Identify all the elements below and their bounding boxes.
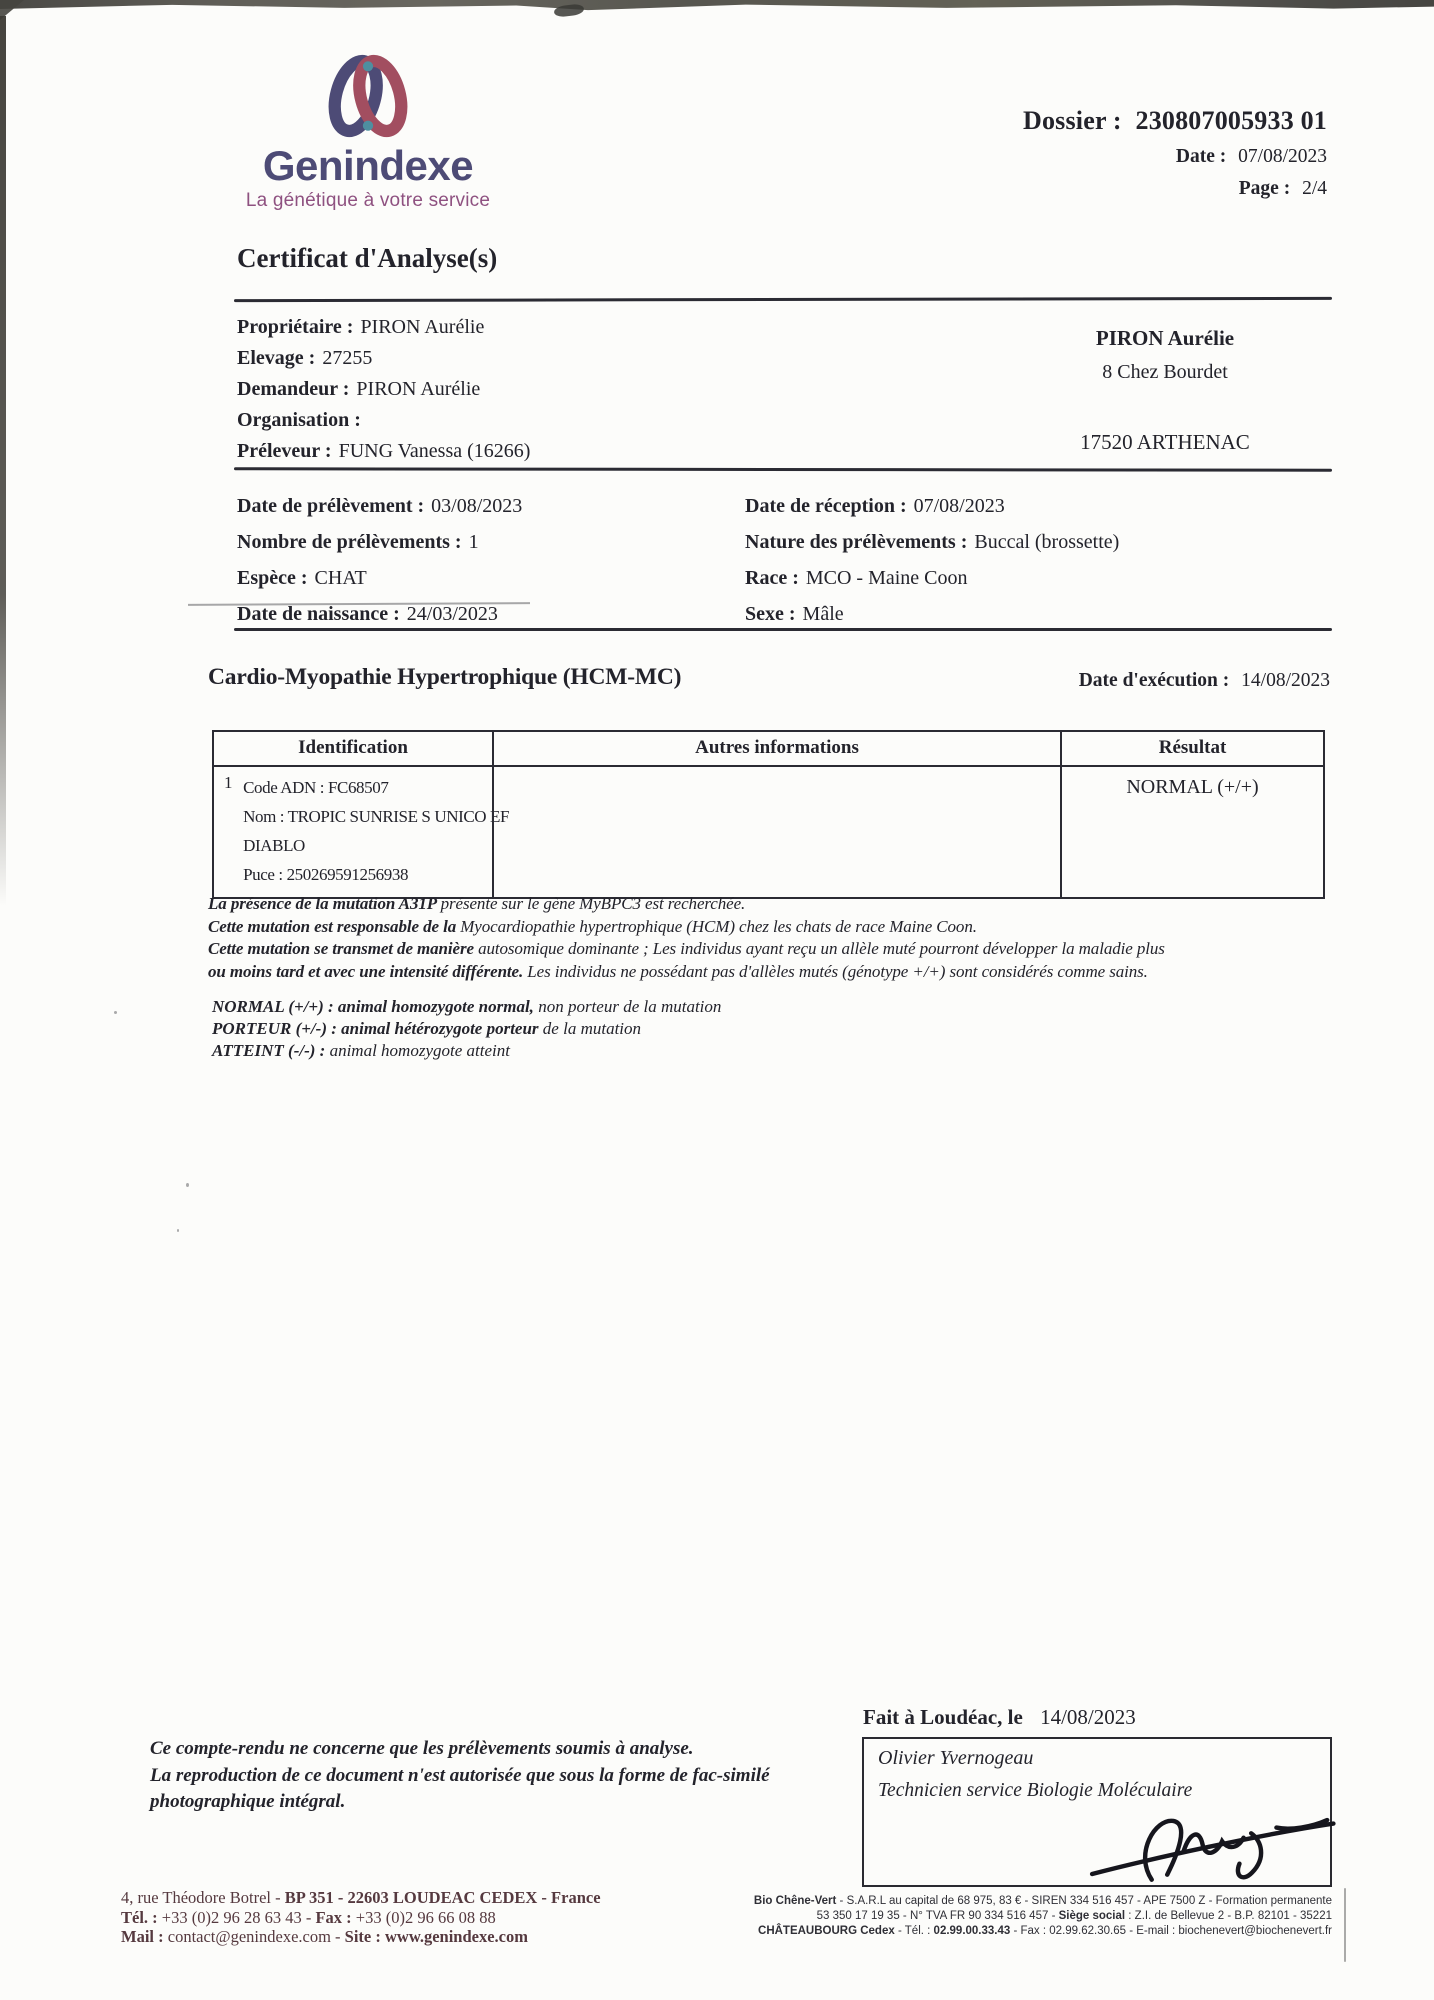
logo-tagline: La génétique à votre service [243, 190, 493, 212]
info-label: Espèce : [237, 567, 308, 589]
lab-street-line: 4, rue Théodore Botrel - BP 351 - 22603 … [121, 1888, 601, 1908]
table-row: 1 Code ADN : FC68507 Nom : TROPIC SUNRIS… [214, 767, 1323, 897]
reproduction-disclaimer: Ce compte-rendu ne concerne que les prél… [150, 1736, 770, 1816]
page-number-line: Page : 2/4 [1023, 178, 1327, 200]
results-table: Identification Autres informations Résul… [212, 730, 1325, 899]
info-label: Nature des prélèvements : [745, 531, 967, 553]
signoff-date: 14/08/2023 [1040, 1705, 1136, 1729]
legend-porteur: PORTEUR (+/-) : animal hétérozygote port… [212, 1018, 721, 1040]
note-line: Cette mutation est responsable de la Myo… [208, 916, 1165, 939]
info-label: Date de prélèvement : [237, 495, 424, 517]
recipient-address: PIRON Aurélie 8 Chez Bourdet 17520 ARTHE… [1000, 326, 1330, 455]
execution-date: 14/08/2023 [1241, 670, 1330, 691]
info-label: Propriétaire : [237, 316, 353, 338]
sample-info-right: Date de réception :07/08/2023 Nature des… [745, 488, 1119, 632]
disclaimer-line: Ce compte-rendu ne concerne que les prél… [150, 1736, 770, 1763]
dna-code: Code ADN : FC68507 [243, 773, 509, 802]
dossier-number-line: Dossier : 230807005933 01 [1023, 106, 1327, 136]
info-row: Date de réception :07/08/2023 [745, 488, 1119, 524]
signoff-location-label: Fait à Loudéac, le [863, 1705, 1023, 1729]
recipient-city: 17520 ARTHENAC [1000, 430, 1330, 455]
legal-line: Bio Chêne-Vert - S.A.R.L au capital de 6… [732, 1894, 1332, 1909]
execution-date-label: Date d'exécution : [1079, 670, 1230, 691]
scan-speck [186, 1183, 189, 1187]
table-header-resultat: Résultat [1060, 732, 1323, 765]
note-line: ou moins tard et avec une intensité diff… [208, 961, 1165, 984]
scan-artifact-left-edge [0, 16, 6, 906]
owner-info: Propriétaire :PIRON Aurélie Elevage :272… [237, 312, 530, 467]
recipient-name: PIRON Aurélie [1000, 326, 1330, 351]
document-title: Certificat d'Analyse(s) [237, 243, 497, 274]
info-value: PIRON Aurélie [360, 316, 484, 338]
info-value: Mâle [803, 603, 844, 625]
analysis-section-title: Cardio-Myopathie Hypertrophique (HCM-MC) [208, 664, 681, 691]
legal-line: CHÂTEAUBOURG Cedex - Tél. : 02.99.00.33.… [732, 1924, 1332, 1939]
scan-artifact-top-edge [0, 0, 1434, 11]
legend-normal: NORMAL (+/+) : animal homozygote normal,… [212, 996, 721, 1018]
info-label: Organisation : [237, 409, 361, 431]
info-value: 03/08/2023 [431, 495, 522, 517]
dossier-label: Dossier : [1023, 106, 1122, 135]
dossier-number: 230807005933 01 [1136, 106, 1328, 135]
legend-atteint: ATTEINT (-/-) : animal homozygote attein… [212, 1040, 721, 1062]
disclaimer-line: photographique intégral. [150, 1789, 770, 1816]
table-header-identification: Identification [214, 732, 492, 765]
divider [234, 628, 1332, 631]
result-value: NORMAL (+/+) [1126, 776, 1258, 798]
animal-name-wrap: DIABLO [243, 831, 509, 860]
info-value: PIRON Aurélie [356, 378, 480, 400]
info-row-demandeur: Demandeur :PIRON Aurélie [237, 374, 530, 405]
info-value: FUNG Vanessa (16266) [339, 440, 531, 462]
info-value: CHAT [315, 567, 367, 589]
info-row-preleveur: Préleveur :FUNG Vanessa (16266) [237, 436, 530, 467]
chip-number: Puce : 250269591256938 [243, 860, 509, 889]
date-label: Date : [1176, 146, 1226, 167]
info-value: MCO - Maine Coon [806, 567, 968, 589]
cell-identification: 1 Code ADN : FC68507 Nom : TROPIC SUNRIS… [214, 767, 492, 897]
info-row: Race :MCO - Maine Coon [745, 560, 1119, 596]
scan-speck [177, 1229, 179, 1232]
divider [234, 467, 1332, 472]
logo-wordmark: Genindexe [243, 145, 493, 187]
info-label: Race : [745, 567, 799, 589]
info-label: Date de naissance : [237, 603, 400, 625]
signatory-name: Olivier Yvernogeau [878, 1747, 1033, 1770]
info-row: Sexe :Mâle [745, 596, 1119, 632]
info-row: Date de prélèvement :03/08/2023 [237, 488, 522, 524]
animal-identification: Code ADN : FC68507 Nom : TROPIC SUNRISE … [243, 773, 509, 889]
info-label: Nombre de prélèvements : [237, 531, 462, 553]
lab-phone-line: Tél. : +33 (0)2 96 28 63 43 - Fax : +33 … [121, 1908, 601, 1928]
mutation-notes: La présence de la mutation A31P présente… [208, 893, 1165, 983]
info-value: Buccal (brossette) [974, 531, 1119, 553]
page-number: 2/4 [1302, 178, 1327, 199]
recipient-street: 8 Chez Bourdet [1000, 361, 1330, 384]
info-label: Date de réception : [745, 495, 907, 517]
company-legal-footer: Bio Chêne-Vert - S.A.R.L au capital de 6… [732, 1894, 1332, 1940]
lab-contact-line: Mail : contact@genindexe.com - Site : ww… [121, 1927, 601, 1947]
legal-line: 53 350 17 19 35 - N° TVA FR 90 334 516 4… [732, 1909, 1332, 1924]
disclaimer-line: La reproduction de ce document n'est aut… [150, 1763, 770, 1790]
document-date-line: Date : 07/08/2023 [1023, 146, 1327, 168]
info-row: Date de naissance :24/03/2023 [237, 596, 522, 632]
execution-date-line: Date d'exécution : 14/08/2023 [1079, 670, 1330, 692]
info-row: Nature des prélèvements :Buccal (brosset… [745, 524, 1119, 560]
brand-block: Genindexe La génétique à votre service [243, 50, 493, 212]
row-number: 1 [224, 773, 232, 889]
table-header-autres-informations: Autres informations [492, 732, 1060, 765]
info-row-elevage: Elevage :27255 [237, 343, 530, 374]
lab-address-footer: 4, rue Théodore Botrel - BP 351 - 22603 … [121, 1888, 601, 1947]
results-table-header: Identification Autres informations Résul… [214, 732, 1323, 767]
info-row: Espèce :CHAT [237, 560, 522, 596]
sample-info-left: Date de prélèvement :03/08/2023 Nombre d… [237, 488, 522, 632]
genotype-legend: NORMAL (+/+) : animal homozygote normal,… [212, 996, 721, 1062]
info-label: Elevage : [237, 347, 315, 369]
scan-speck [114, 1011, 117, 1014]
info-label: Sexe : [745, 603, 796, 625]
document-date: 07/08/2023 [1238, 146, 1327, 167]
info-value: 27255 [322, 347, 372, 369]
cell-resultat: NORMAL (+/+) [1060, 767, 1323, 897]
info-row-proprietaire: Propriétaire :PIRON Aurélie [237, 312, 530, 343]
scan-artifact-right-tick [1344, 1888, 1346, 1962]
info-row-organisation: Organisation : [237, 405, 530, 436]
info-value: 1 [469, 531, 479, 553]
divider [234, 297, 1332, 302]
signature-box: Olivier Yvernogeau Technicien service Bi… [862, 1737, 1332, 1887]
dossier-block: Dossier : 230807005933 01 Date : 07/08/2… [1023, 106, 1327, 200]
info-value: 07/08/2023 [914, 495, 1005, 517]
certificate-page: Genindexe La génétique à votre service D… [0, 0, 1434, 2000]
signoff-location-date: Fait à Loudéac, le 14/08/2023 [863, 1705, 1136, 1730]
genindexe-logo-icon [325, 50, 411, 142]
note-line: Cette mutation se transmet de manière au… [208, 938, 1165, 961]
info-value: 24/03/2023 [407, 603, 498, 625]
cell-autres-informations [492, 767, 1060, 897]
animal-name: Nom : TROPIC SUNRISE S UNICO EF [243, 802, 509, 831]
info-label: Demandeur : [237, 378, 349, 400]
note-line: La présence de la mutation A31P présente… [208, 893, 1165, 916]
info-label: Préleveur : [237, 440, 332, 462]
page-label: Page : [1239, 178, 1290, 199]
signature-icon [1081, 1778, 1343, 1898]
info-row: Nombre de prélèvements :1 [237, 524, 522, 560]
